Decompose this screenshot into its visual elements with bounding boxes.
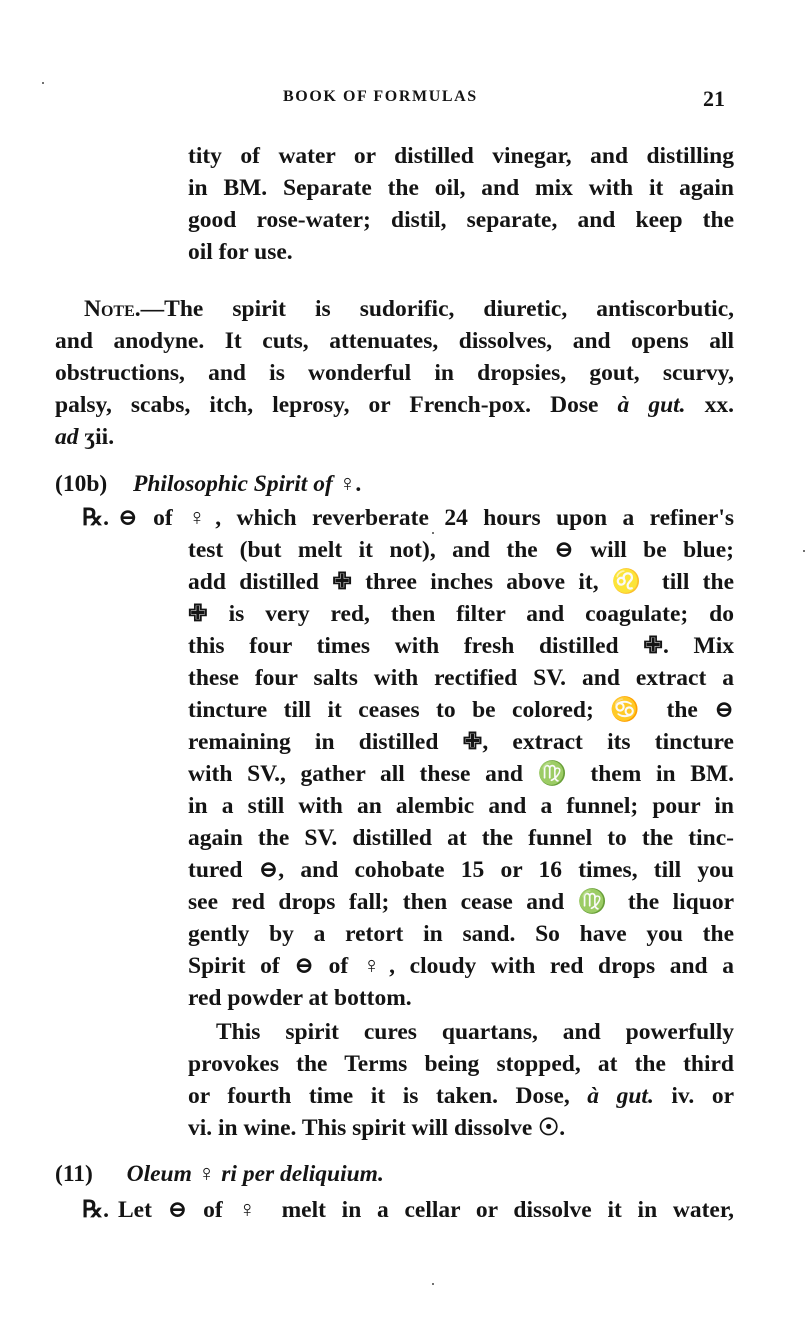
recipe-line: Let ⊖ of ♀ melt in a cellar or dissolve … <box>118 1196 734 1224</box>
recipe-line: ⊖ of ♀, which reverberate 24 hours upon … <box>118 504 734 532</box>
recipe-line: in a still with an alembic and a funnel;… <box>188 792 734 820</box>
effect-line: vi. in wine. This spirit will dissolve ☉… <box>188 1114 565 1142</box>
recipe-line: remaining in distilled ✙, extract its ti… <box>188 728 734 756</box>
recipe-line: ✙ is very red, then filter and coagulate… <box>188 600 734 628</box>
running-head: BOOK OF FORMULAS <box>283 88 478 106</box>
scan-speck <box>42 82 44 84</box>
dose-amount: xx. <box>705 392 734 418</box>
section-heading: (10b) Philosophic Spirit of ♀. <box>55 470 362 498</box>
section-title: Philosophic Spirit of ♀. <box>133 471 362 497</box>
effect-line: provokes the Terms being stopped, at the… <box>188 1050 734 1078</box>
text-line: and anodyne. It cuts, attenuates, dissol… <box>55 327 734 355</box>
section-title: Oleum ♀ ri per deliquium. <box>127 1161 384 1187</box>
dose-amount: iv. or <box>671 1083 734 1109</box>
section-number: (11) <box>55 1161 93 1187</box>
recipe-line: gently by a retort in sand. So have you … <box>188 920 734 948</box>
dose-italic: à gut. <box>587 1083 654 1109</box>
page-number: 21 <box>703 86 725 112</box>
book-page: BOOK OF FORMULAS 21 tity of water or dis… <box>0 0 812 1324</box>
section-number: (10b) <box>55 471 107 497</box>
note-dash: — <box>141 296 165 322</box>
text-span: or fourth time it is taken. Dose, <box>188 1083 570 1109</box>
text-line: tity of water or distilled vinegar, and … <box>188 142 734 170</box>
section-heading: (11) Oleum ♀ ri per deliquium. <box>55 1160 384 1188</box>
note-text: The spirit is sudorific, diuretic, antis… <box>164 296 734 322</box>
scruple-symbol: ʒii. <box>84 424 114 450</box>
page-header: BOOK OF FORMULAS 21 <box>0 86 812 112</box>
scan-speck <box>432 532 434 534</box>
text-span: palsy, scabs, itch, leprosy, or French-p… <box>55 392 598 418</box>
recipe-line: these four salts with rectified SV. and … <box>188 664 734 692</box>
ad-italic: ad <box>55 424 79 450</box>
dose-italic: à gut. <box>617 392 685 418</box>
recipe-line: red powder at bottom. <box>188 984 412 1012</box>
note-first-line: Note.—The spirit is sudorific, diuretic,… <box>84 295 734 323</box>
recipe-line: this four times with fresh distilled ✙. … <box>188 632 734 660</box>
text-line: in BM. Separate the oil, and mix with it… <box>188 174 734 202</box>
recipe-line: with SV., gather all these and ♍ them in… <box>188 760 734 788</box>
text-line: oil for use. <box>188 238 293 266</box>
text-line: obstructions, and is wonderful in dropsi… <box>55 359 734 387</box>
recipe-line: add distilled ✙ three inches above it, ♌… <box>188 568 734 596</box>
note-label: Note. <box>84 296 141 322</box>
recipe-line: test (but melt it not), and the ⊖ will b… <box>188 536 734 564</box>
recipe-line: tured ⊖, and cohobate 15 or 16 times, ti… <box>188 856 734 884</box>
recipe-line: Spirit of ⊖ of ♀, cloudy with red drops … <box>188 952 734 980</box>
scan-speck <box>803 550 805 552</box>
recipe-mark: ℞. <box>82 1196 109 1224</box>
note-dose-line: palsy, scabs, itch, leprosy, or French-p… <box>55 391 734 419</box>
effect-line: This spirit cures quartans, and powerful… <box>216 1018 734 1046</box>
scan-speck <box>432 1283 434 1285</box>
note-last-line: ad ʒii. <box>55 423 114 451</box>
recipe-line: see red drops fall; then cease and ♍ the… <box>188 888 734 916</box>
effect-dose-line: or fourth time it is taken. Dose, à gut.… <box>188 1082 734 1110</box>
recipe-line: again the SV. distilled at the funnel to… <box>188 824 734 852</box>
recipe-line: tincture till it ceases to be colored; ♋… <box>188 696 734 724</box>
text-line: good rose-water; distil, separate, and k… <box>188 206 734 234</box>
recipe-mark: ℞. <box>82 504 109 532</box>
